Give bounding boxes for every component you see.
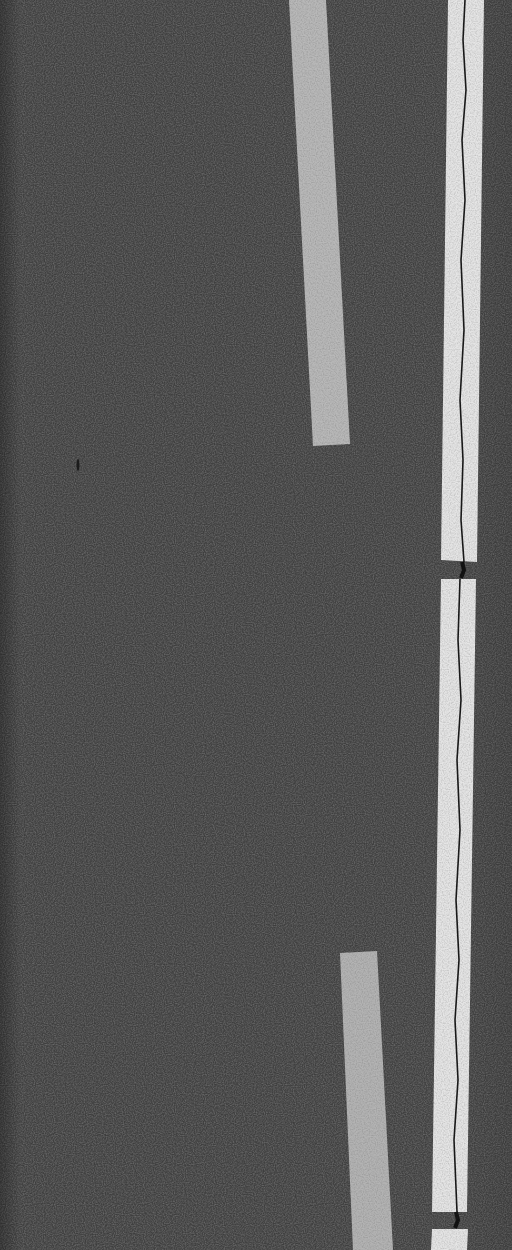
pavement-blemish (77, 459, 80, 471)
pavement-scene (0, 0, 512, 1250)
